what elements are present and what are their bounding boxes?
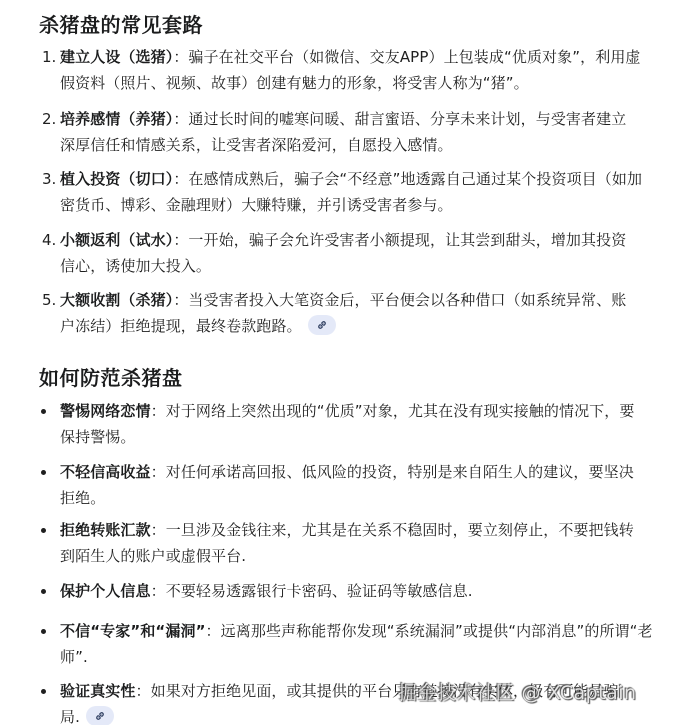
list-number: 5. — [42, 287, 56, 313]
item-label: 不轻信高收益 — [60, 463, 151, 481]
list-item-text: 大额收割（杀猪）：当受害者投入大笔资金后，平台便会以各种借口（如系统异常、账 户… — [60, 287, 665, 339]
item-label: 植入投资（切口） — [60, 170, 173, 188]
section-heading-prevention: 如何防范杀猪盘 — [39, 362, 183, 391]
item-label: 建立人设（选猪） — [60, 48, 173, 66]
list-item-text: 保护个人信息：不要轻易透露银行卡密码、验证码等敏感信息. — [60, 578, 665, 604]
item-label: 培养感情（养猪） — [60, 110, 173, 128]
link-icon — [316, 319, 328, 331]
section-heading-common-tactics: 杀猪盘的常见套路 — [39, 9, 203, 38]
bullet-icon — [41, 528, 46, 533]
list-number: 3. — [42, 166, 56, 192]
bullet-icon — [41, 629, 46, 634]
list-item-text: 拒绝转账汇款：一旦涉及金钱往来，尤其是在关系不稳固时，要立刻停止，不要把钱转 到… — [60, 517, 665, 569]
link-icon — [94, 710, 106, 722]
bullet-icon — [41, 470, 46, 475]
item-label: 保护个人信息 — [60, 582, 151, 600]
bullet-icon — [41, 689, 46, 694]
item-label: 大额收割（杀猪） — [60, 291, 173, 309]
list-number: 4. — [42, 227, 56, 253]
item-label: 不信“专家”和“漏洞” — [60, 622, 206, 640]
list-item-text: 警惕网络恋情：对于网络上突然出现的“优质”对象，尤其在没有现实接触的情况下，要 … — [60, 398, 665, 450]
citation-link-button[interactable] — [86, 706, 114, 725]
list-item-text: 小额返利（试水）：一开始，骗子会允许受害者小额提现，让其尝到甜头，增加其投资 信… — [60, 227, 665, 279]
bullet-icon — [41, 409, 46, 414]
list-number: 2. — [42, 106, 56, 132]
item-label: 拒绝转账汇款 — [60, 521, 151, 539]
citation-link-button[interactable] — [308, 315, 336, 335]
list-item-text: 建立人设（选猪）：骗子在社交平台（如微信、交友APP）上包装成“优质对象”，利用… — [60, 44, 665, 96]
list-item-text: 不轻信高收益：对任何承诺高回报、低风险的投资，特别是来自陌生人的建议，要坚决 拒… — [60, 459, 665, 511]
list-item-text: 培养感情（养猪）：通过长时间的嘘寒问暖、甜言蜜语、分享未来计划，与受害者建立 深… — [60, 106, 665, 158]
list-number: 1. — [42, 44, 56, 70]
item-label: 小额返利（试水） — [60, 231, 173, 249]
bullet-icon — [41, 589, 46, 594]
list-item-text: 植入投资（切口）：在感情成熟后，骗子会“不经意”地透露自己通过某个投资项目（如加… — [60, 166, 665, 218]
item-label: 警惕网络恋情 — [60, 402, 151, 420]
item-label: 验证真实性 — [60, 682, 136, 700]
watermark: 掘金技术社区 @ XCaptain — [398, 678, 637, 705]
list-item-text: 不信“专家”和“漏洞”：远离那些声称能帮你发现“系统漏洞”或提供“内部消息”的所… — [60, 618, 665, 670]
